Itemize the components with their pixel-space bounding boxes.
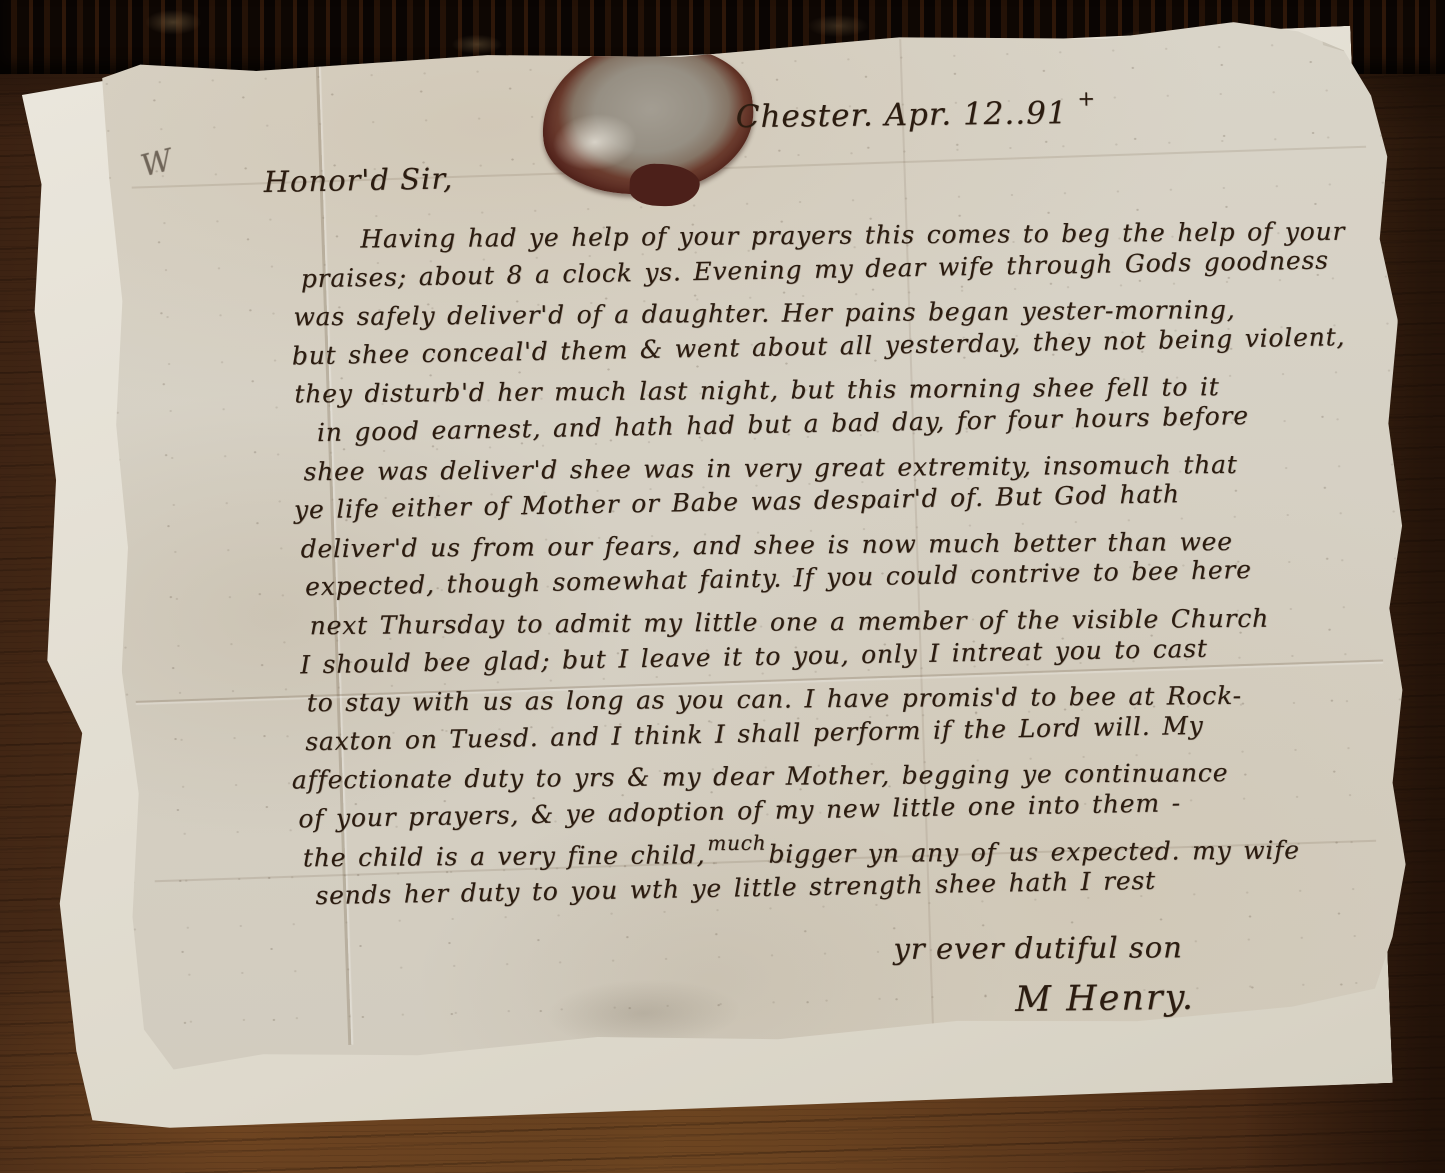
- letter-body: Having had ye help of your prayers this …: [290, 210, 1380, 920]
- salutation: Honor'd Sir,: [263, 161, 453, 199]
- insertion-word: much: [707, 830, 766, 854]
- dateline-cross: +: [1077, 86, 1096, 110]
- line-part-after: bigger yn any of us expected. my wife: [768, 835, 1300, 868]
- line-part-before: the child is a very fine child,: [303, 840, 706, 872]
- pencil-mark: W: [137, 143, 175, 184]
- signature: M Henry.: [1015, 978, 1195, 1020]
- dateline-text: Chester. Apr. 12..91: [736, 95, 1068, 135]
- letter-sheet: W Chester. Apr. 12..91+ Honor'd Sir, Hav…: [101, 13, 1421, 1081]
- wax-seal-icon: [535, 33, 761, 204]
- dateline: Chester. Apr. 12..91+: [736, 92, 1097, 135]
- closing-line: yr ever dutiful son: [893, 930, 1183, 966]
